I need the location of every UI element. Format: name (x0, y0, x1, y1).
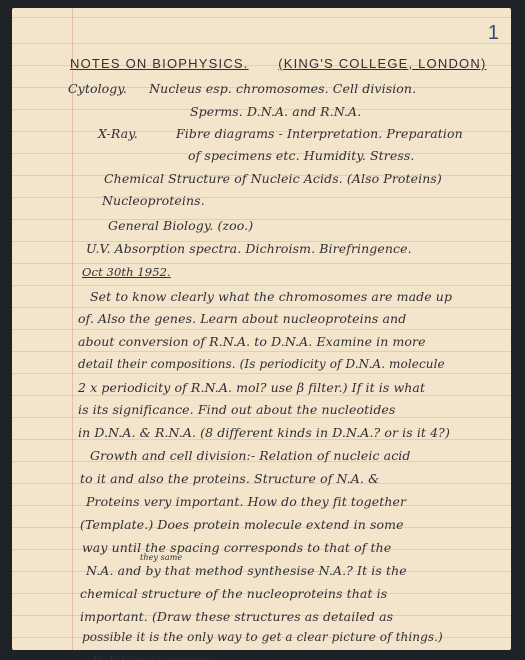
entry-line: (Template.) Does protein molecule extend… (80, 517, 404, 532)
syllabus-item: Sperms. D.N.A. and R.N.A. (190, 104, 361, 119)
entry-line: detail their compositions. (Is periodici… (78, 357, 445, 371)
syllabus-item: Cytology. Nucleus esp. chromosomes. Cell… (68, 81, 416, 96)
entry-line: important. (Draw these structures as det… (80, 609, 393, 624)
institution: (KING'S COLLEGE, LONDON) (278, 56, 486, 71)
entry-line: about conversion of R.N.A. to D.N.A. Exa… (78, 334, 426, 349)
insertion-note: they same (140, 553, 182, 562)
entry-date: Oct 30th 1952. (82, 265, 171, 279)
syllabus-label: X-Ray. (98, 126, 138, 141)
entry-line: Proteins very important. How do they fit… (86, 494, 406, 509)
entry-line: chemical structure of the nucleoproteins… (80, 586, 387, 601)
syllabus-item: X-Ray. Fibre diagrams - Interpretation. … (98, 126, 463, 141)
syllabus-text: Fibre diagrams - Interpretation. Prepara… (176, 126, 463, 141)
syllabus-item: Chemical Structure of Nucleic Acids. (Al… (104, 171, 442, 186)
page-title: NOTES ON BIOPHYSICS. (70, 56, 249, 71)
entry-line: of. Also the genes. Learn about nucleopr… (78, 311, 406, 326)
entry-line: way until the spacing corresponds to tha… (82, 540, 391, 555)
entry-line: Set to know clearly what the chromosomes… (90, 289, 452, 304)
entry-line: Relation to cancer. (92, 653, 213, 660)
entry-line: to it and also the proteins. Structure o… (80, 471, 379, 486)
syllabus-item: of specimens etc. Humidity. Stress. (188, 148, 414, 163)
entry-line: in D.N.A. & R.N.A. (8 different kinds in… (78, 425, 450, 440)
entry-line: 2 x periodicity of R.N.A. mol? use β fil… (78, 380, 425, 395)
page-title-row: NOTES ON BIOPHYSICS. (KING'S COLLEGE, LO… (70, 56, 486, 71)
syllabus-text: Nucleus esp. chromosomes. Cell division. (149, 81, 416, 96)
entry-line: N.A. and by that method synthesise N.A.?… (86, 563, 407, 578)
margin-rule (72, 8, 73, 650)
notebook-page: 1 NOTES ON BIOPHYSICS. (KING'S COLLEGE, … (12, 8, 511, 650)
entry-line: possible it is the only way to get a cle… (82, 630, 443, 644)
page-number: 1 (488, 22, 499, 45)
syllabus-label: Cytology. (68, 81, 127, 96)
syllabus-item: Nucleoproteins. (102, 193, 205, 208)
syllabus-item: General Biology. (zoo.) (108, 218, 253, 233)
entry-line: is its significance. Find out about the … (78, 402, 395, 417)
syllabus-item: U.V. Absorption spectra. Dichroism. Bire… (86, 241, 412, 256)
entry-line: Growth and cell division:- Relation of n… (90, 448, 411, 463)
